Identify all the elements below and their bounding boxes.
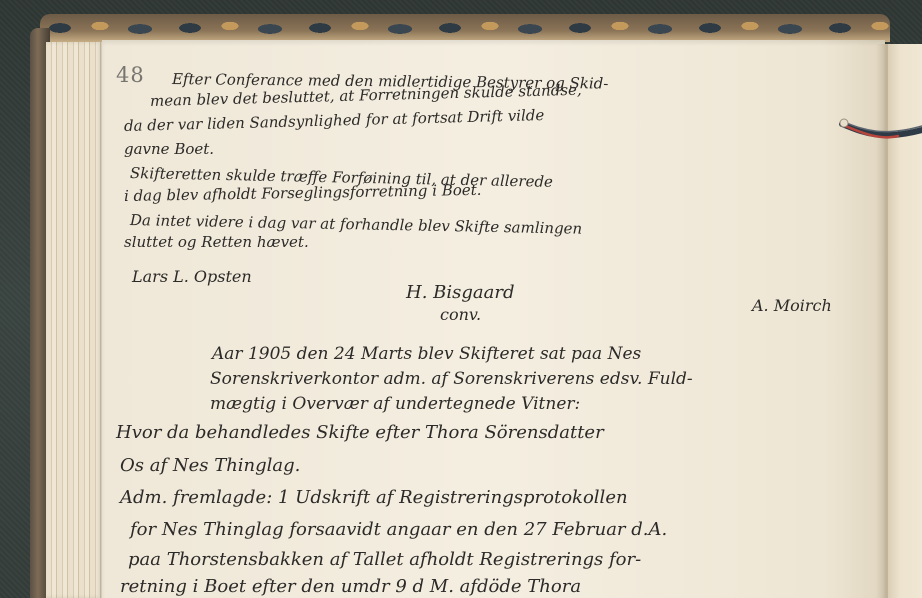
entry2-line-3: mægtig i Overvær af undertegnede Vitner: xyxy=(210,394,580,414)
entry2-line-1: Aar 1905 den 24 Marts blev Skifteret sat… xyxy=(212,344,641,364)
signature-center-sub: conv. xyxy=(440,305,481,324)
entry2-line-7: for Nes Thinglag forsaavidt angaar en de… xyxy=(130,519,667,540)
page-number: 48 xyxy=(116,63,145,87)
entry2-line-5: Os af Nes Thinglag. xyxy=(120,455,300,476)
marbled-page-edge-top xyxy=(40,14,890,42)
entry2-line-2: Sorenskriverkontor adm. af Sorenskrivere… xyxy=(210,369,693,389)
signature-left: Lars L. Opsten xyxy=(132,267,252,286)
signature-center: H. Bisgaard xyxy=(406,282,514,303)
signature-right: A. Moirch xyxy=(752,296,832,315)
entry2-line-4: Hvor da behandledes Skifte efter Thora S… xyxy=(116,422,604,443)
entry2-line-6: Adm. fremlagde: 1 Udskrift af Registreri… xyxy=(120,487,628,508)
page-stack-edges xyxy=(46,42,102,598)
entry1-line-8: sluttet og Retten hævet. xyxy=(124,233,309,251)
binding-thread-icon xyxy=(838,112,922,140)
entry2-line-9: retning i Boet efter den umdr 9 d M. afd… xyxy=(120,576,581,597)
entry2-line-8: paa Thorstensbakken af Tallet afholdt Re… xyxy=(128,549,641,570)
entry1-line-4: gavne Boet. xyxy=(124,140,214,158)
